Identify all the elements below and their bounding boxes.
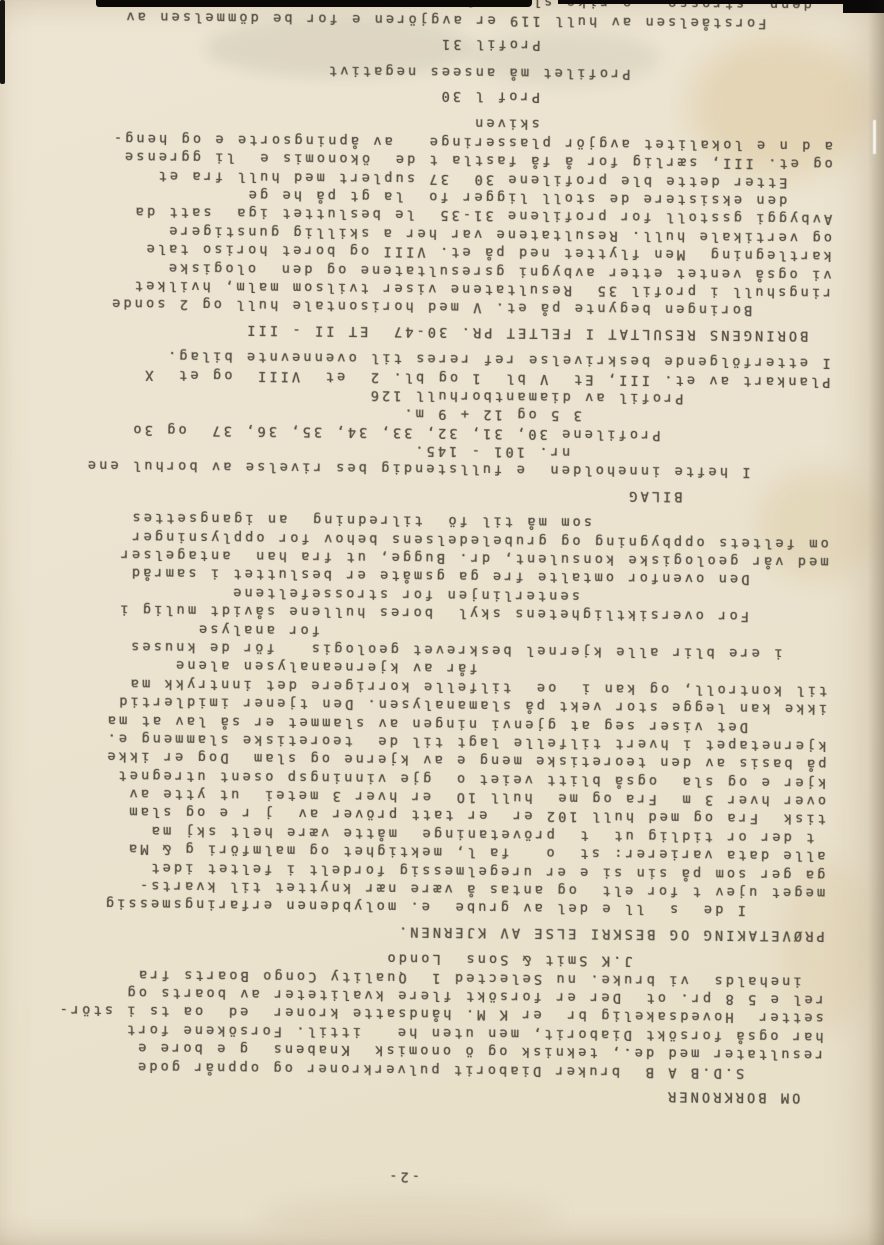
scanner-edge-strip [558, 0, 858, 4]
text-line: Profilet må ansees negativt [6, 58, 834, 85]
text-line: BORINGENS RESULTAT I FELTET PR. 30-47 ET… [3, 318, 831, 345]
heading-boringens-resultat: BORINGENS RESULTAT I FELTET PR. 30-47 ET… [3, 318, 831, 345]
paragraph-borkroner: S.D.B A B bruker Diaborit pulverkroner o… [0, 945, 825, 1082]
paragraph-boringens-resultat: Boringen begynte på et. V med horisontal… [3, 109, 833, 320]
document-text: OM BORKRONER S.D.B A B bruker Diaborit p… [0, 0, 835, 1107]
heading-om-borkroner: OM BORKRONER [0, 1080, 823, 1107]
subheading-profil-31: Profil 31 [6, 30, 834, 57]
scanner-edge-strip [96, 0, 532, 7]
text-line: Profil 31 [6, 30, 834, 57]
text-line: OM BORKRONER [0, 1080, 823, 1107]
page-edge-shadow [868, 0, 884, 1245]
text-line: Prof l 30 [5, 82, 833, 109]
line-prof-30-result: Profilet må ansees negativt [6, 58, 834, 85]
scan-scratch-mark [873, 120, 876, 154]
paragraph-bilag: I hefte inneholden e fullstendig bes riv… [2, 345, 831, 482]
rotated-document-sheet: -2- OM BORKRONER S.D.B A B bruker Diabor… [0, 0, 884, 1245]
heading-bilag: BILAG [1, 480, 829, 507]
text-line: BILAG [1, 480, 829, 507]
scanned-paper-page: -2- OM BORKRONER S.D.B A B bruker Diabor… [0, 0, 884, 1245]
page-number: -2- [18, 1163, 788, 1189]
text-line: PRØVETAKING OG BESKRI ELSE AV KJERNEN. [0, 918, 825, 945]
heading-provetaking: PRØVETAKING OG BESKRI ELSE AV KJERNEN. [0, 918, 825, 945]
paragraph-provetaking: I de s ll e del av grube e. molybdenen e… [0, 507, 829, 920]
scanner-bed: -2- OM BORKRONER S.D.B A B bruker Diabor… [0, 0, 884, 1245]
scanner-edge-mark [0, 0, 5, 84]
subheading-prof-30: Prof l 30 [5, 82, 833, 109]
